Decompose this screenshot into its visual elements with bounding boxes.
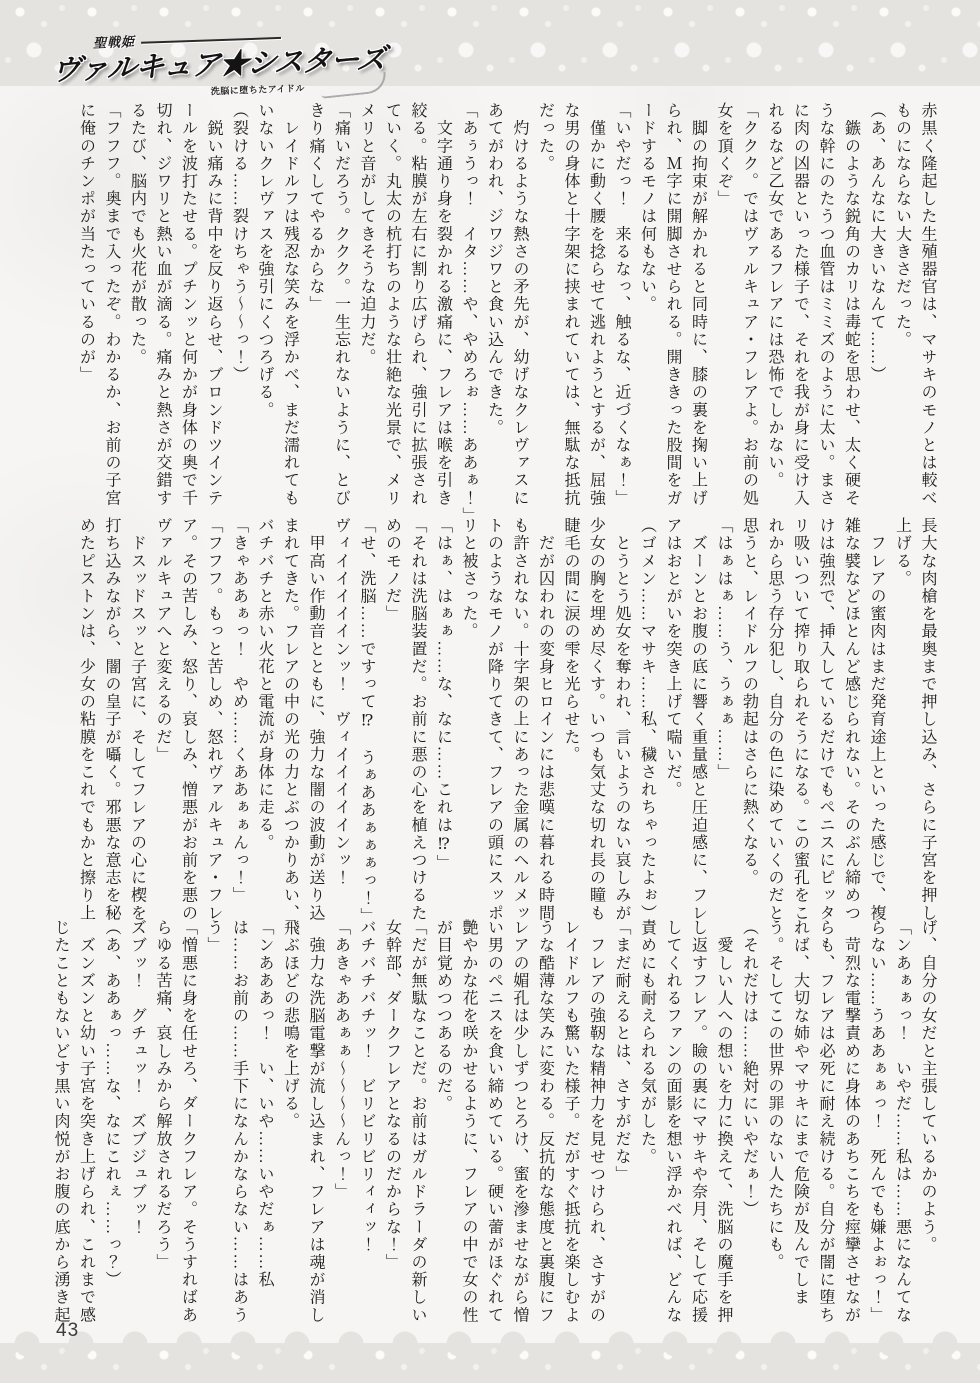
paragraph: 「憎悪に身を任せろ、ダークフレア。そうすればあらゆる苦痛、哀しみから解放されるだ…	[150, 919, 201, 1339]
paragraph: ズブッ！ グチュッ！ ズブジュブッ！	[124, 919, 150, 1339]
paragraph: 「せ、洗脳……ですって⁉ うぁああぁぁぁっ！」	[354, 517, 380, 923]
paragraph: 「ンあぁぁっ！ いやだ……私は……悪になんてならない……うああぁぁっ！ 死んでも…	[864, 919, 915, 1339]
paragraph: ヴィイイイイインッ！ ヴィイイイイインッ！	[328, 517, 354, 923]
paragraph: 「きゃああぁっ！ やめ……くああぁぁんっ！」	[226, 517, 252, 923]
paragraph: （それだけは……絶対にいやだぁ！）	[736, 919, 762, 1339]
decorative-lace-border-bottom	[0, 1343, 980, 1383]
paragraph: 「フフフ。もっと苦しめ、怒れヴァルキュア・フレア。その苦しみ、怒り、哀しみ、憎悪…	[150, 517, 227, 923]
logo-subtitle: 洗脳に堕ちたアイドル	[211, 81, 306, 97]
text-section-1: 赤黒く隆起した生殖器官は、マサキのモノとは較べものにならない大きさだった。 （あ…	[48, 102, 940, 518]
paragraph: とうとう処女を奪われ、言いようのない哀しみが少女の胸を埋め尽くす。いつも気丈な切…	[558, 517, 635, 923]
paragraph: 「それは洗脳装置だ。お前に悪の心を植えつけるためのモノだ」	[379, 517, 430, 923]
text-section-2: 長大な肉槍を最奥まで押し込み、さらに子宮を押し上げる。 フレアの蜜肉はまだ発育途…	[48, 517, 940, 923]
paragraph: 「ククク。ではヴァルキュア・フレアよ。お前の処女を頂くぞ」	[711, 102, 762, 518]
paragraph: 強力な洗脳電撃が流し込まれ、フレアは魂が消し飛ぶほどの悲鳴を上げる。	[277, 919, 328, 1339]
paragraph: 僅かに動く腰を捻らせて逃れようとするが、屈強な男の身体と十字架に挟まれていては、…	[532, 102, 609, 518]
paragraph: 「あきゃああぁぁ～～～～んっ！」	[328, 919, 354, 1339]
paragraph: 「痛いだろう。ククク。一生忘れないように、とびきり痛くしてやるからな」	[303, 102, 354, 518]
paragraph: 「まだ耐えるとは、さすがだな」	[609, 919, 635, 1339]
paragraph: 「はぁ、はぁぁ……な、なに……これは⁉」	[430, 517, 456, 923]
paragraph: ズーンとお腹の底に響く重量感と圧迫感に、フレアはおとがいを突き上げて喘いだ。	[660, 517, 711, 923]
paragraph: （あ、ああぁっ……な、なにこれぇ……っ？）	[99, 919, 125, 1339]
paragraph: 愛しい人への想いを力に換えて、洗脳の魔手を押し返すフレア。瞼の裏にマサキや奈月、…	[634, 919, 736, 1339]
paragraph: 鏃のような鋭角のカリは毒蛇を思わせ、太く硬そうな幹にのたうつ血管はミミズのように…	[762, 102, 864, 518]
paragraph: げ、自分の女だと主張しているかのよう。	[915, 919, 941, 1339]
paragraph: 甲高い作動音とともに、強力な闇の波動が送り込まれてきた。フレアの中の光の力とぶつ…	[252, 517, 329, 923]
paragraph: 「いやだっ！ 来るなっ、触るな、近づくなぁ！」	[609, 102, 635, 518]
paragraph: （あ、あんなに大きいなんて……）	[864, 102, 890, 518]
paragraph: 「あぅうっ！ イタ……や、やめろぉ……ああぁ！」	[456, 102, 482, 518]
paragraph: 「ンあああっ！ い、いや……いやだぁ……私は……お前の……手下になんかならない……	[201, 919, 278, 1339]
page-number: 43	[56, 1320, 79, 1342]
paragraph: フレアの強靭な精神力を見せつけられ、さすがのレイドルフも驚いた様子。だがすぐ抵抗…	[430, 919, 609, 1339]
paragraph: 「はぁはぁ……う、うぁぁ……」	[711, 517, 737, 923]
paragraph: 「だが無駄なことだ。お前はガルドラーダの新しい女幹部、ダークフレアとなるのだから…	[379, 919, 430, 1339]
paragraph: 文字通り身を裂かれる激痛に、フレアは喉を引き絞る。粘膜が左右に割り広げられ、強引…	[354, 102, 456, 518]
paragraph: レイドルフは残忍な笑みを浮かべ、まだ濡れてもいないクレヴァスを強引にくつろげる。	[252, 102, 303, 518]
paragraph: だが囚われの変身ヒロインには悲嘆に暮れる時間も許されない。十字架の上にあった金属…	[456, 517, 558, 923]
paragraph: （ゴメン……マサキ……私、穢されちゃったよぉ）	[634, 517, 660, 923]
paragraph: 長大な肉槍を最奥まで押し込み、さらに子宮を押し上げる。	[889, 517, 940, 923]
paragraph: フレアの蜜肉はまだ発育途上といった感じで、複雑な襞などほとんど感じられない。その…	[736, 517, 889, 923]
paragraph: （裂ける……裂けちゃう～～っ！）	[226, 102, 252, 518]
paragraph: 鋭い痛みに背中を反り返らせ、ブロンドツインテールを波打たせる。プチンッと何かが身…	[124, 102, 226, 518]
paragraph: 「フフフ。奥まで入ったぞ。わかるか、お前の子宮に俺のチンポが当たっているのが」	[73, 102, 124, 518]
paragraph: 苛烈な電撃責めに身体のあちこちを痙攣させながらも、フレアは必死に耐え続ける。自分…	[762, 919, 864, 1339]
text-section-3: げ、自分の女だと主張しているかのよう。 「ンあぁぁっ！ いやだ……私は……悪にな…	[48, 919, 940, 1339]
paragraph: バチバチバチッ！ ビリビリビリィィッ！	[354, 919, 380, 1339]
paragraph: 脚の拘束が解かれると同時に、膝の裏を掬い上げられ、Ｍ字に開脚させられる。開ききっ…	[634, 102, 711, 518]
paragraph: 赤黒く隆起した生殖器官は、マサキのモノとは較べものにならない大きさだった。	[889, 102, 940, 518]
paragraph: ドスッドスッと子宮に、そしてフレアの心に楔を打ち込みながら、闇の皇子が囁く。邪悪…	[73, 517, 150, 923]
paragraph: 灼けるような熱さの矛先が、幼げなクレヴァスにあてがわれ、ジワジワと食い込んできた…	[481, 102, 532, 518]
paragraph: ズンズンと幼い子宮を突き上げられ、これまで感じたこともないどす黒い肉悦がお腹の底…	[48, 919, 99, 1339]
